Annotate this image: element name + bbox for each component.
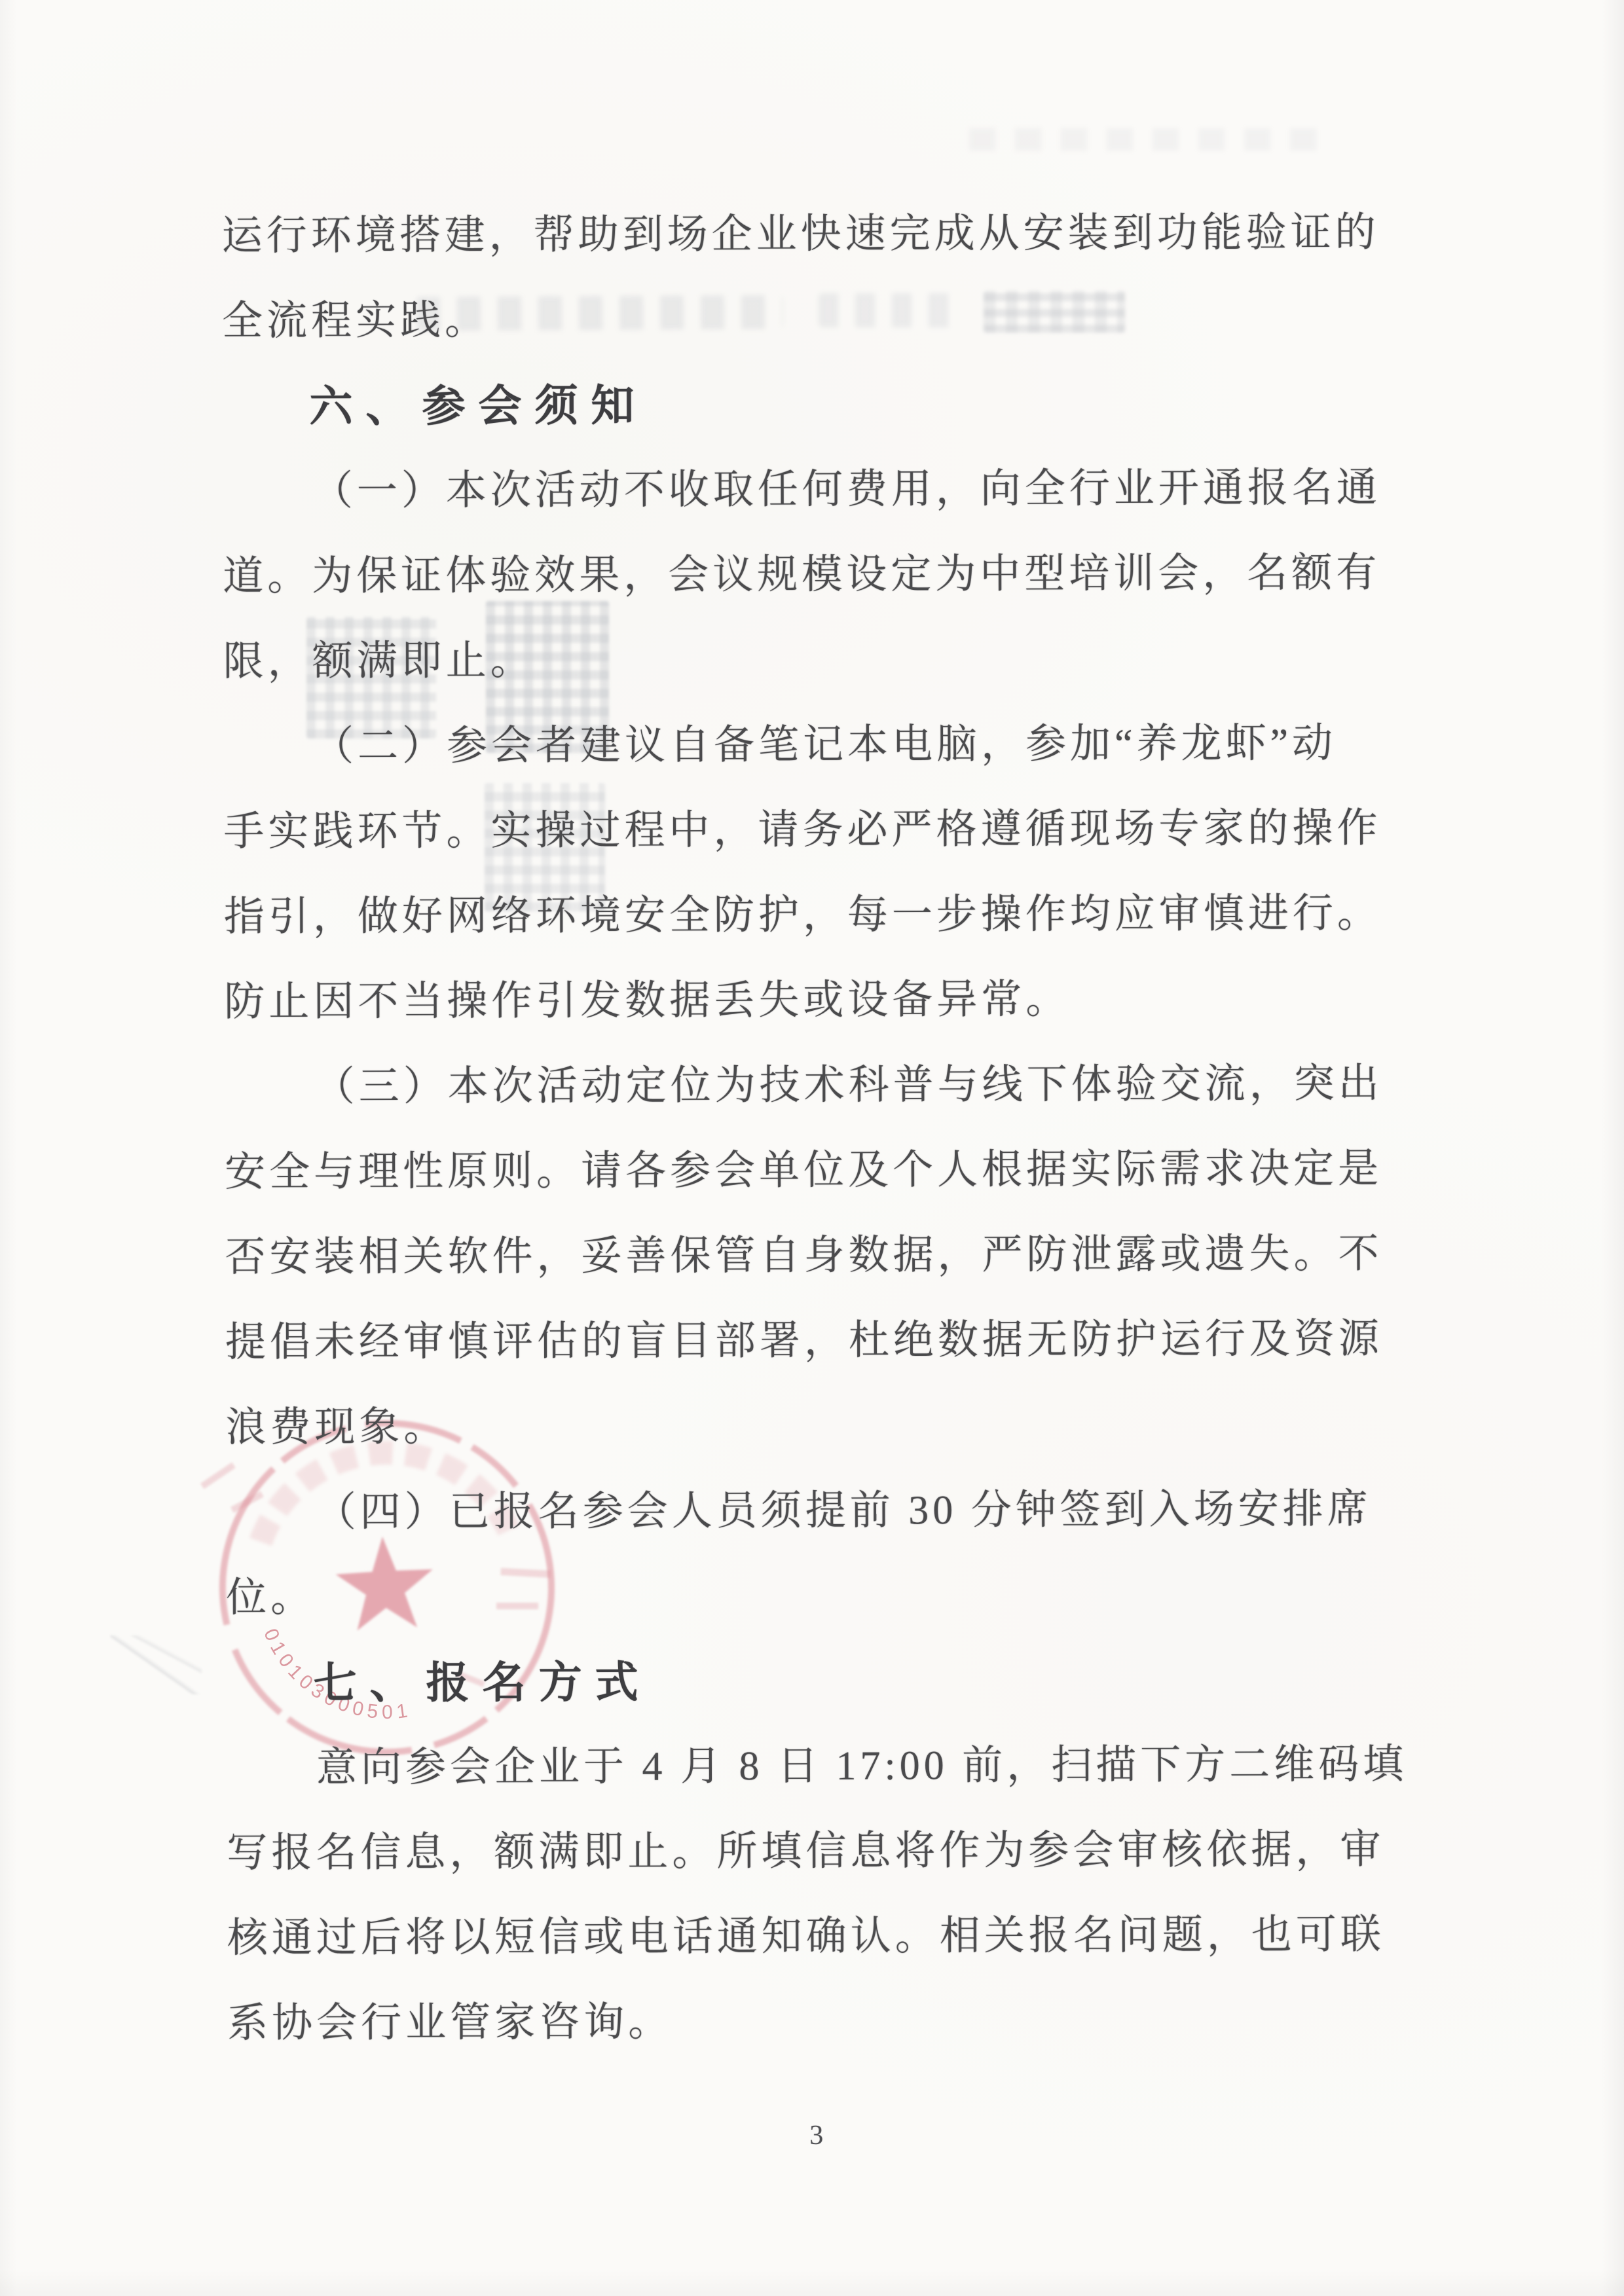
document-line: 安全与理性原则。请各参会单位及个人根据实际需求决定是	[225, 1142, 1382, 1199]
document-line: 系协会行业管家咨询。	[227, 1996, 673, 2050]
document-line: （一）本次活动不收取任何费用，向全行业开通报名通	[312, 462, 1381, 517]
document-line: 全流程实践。	[222, 295, 489, 348]
document-line: （三）本次活动定位为技术科普与线下体验交流，突出	[314, 1057, 1383, 1113]
document-line: 浪费现象。	[225, 1401, 448, 1454]
document-line: 位。	[226, 1571, 315, 1624]
document-line: 道。为保证体验效果，会议规模设定为中型培训会，名额有	[223, 547, 1380, 603]
document-line: （四）已报名参会人员须提前 30 分钟签到入场安排席	[316, 1483, 1372, 1539]
document-line: 指引，做好网络环境安全防护，每一步操作均应审慎进行。	[224, 887, 1382, 943]
document-line: （二）参会者建议自备笔记本电脑，参加“养龙虾”动	[313, 717, 1337, 773]
document-line: 限，额满即止。	[223, 634, 535, 687]
section-heading: 六、参会须知	[309, 379, 647, 433]
document-line: 防止因不当操作引发数据丢失或设备异常。	[224, 974, 1070, 1029]
document-text-layer: 运行环境搭建，帮助到场企业快速完成从安装到功能验证的全流程实践。六、参会须知（一…	[0, 0, 1624, 2296]
page-number: 3	[797, 2120, 836, 2151]
section-heading: 七、报名方式	[313, 1656, 651, 1709]
document-line: 运行环境搭建，帮助到场企业快速完成从安装到功能验证的	[221, 206, 1379, 263]
document-line: 意向参会企业于 4 月 8 日 17:00 前，扫描下方二维码填	[316, 1738, 1407, 1794]
document-line: 写报名信息，额满即止。所填信息将作为参会审核依据，审	[227, 1823, 1384, 1880]
scanned-document-page: { "page": { "number": "3", "background_c…	[0, 0, 1624, 2296]
document-line: 手实践环节。实操过程中，请务必严格遵循现场专家的操作	[223, 802, 1381, 858]
document-line: 提倡未经审慎评估的盲目部署，杜绝数据无防护运行及资源	[225, 1313, 1383, 1369]
document-line: 否安装相关软件，妥善保管自身数据，严防泄露或遗失。不	[225, 1228, 1382, 1284]
document-line: 核通过后将以短信或电话通知确认。相关报名问题，也可联	[227, 1908, 1385, 1965]
